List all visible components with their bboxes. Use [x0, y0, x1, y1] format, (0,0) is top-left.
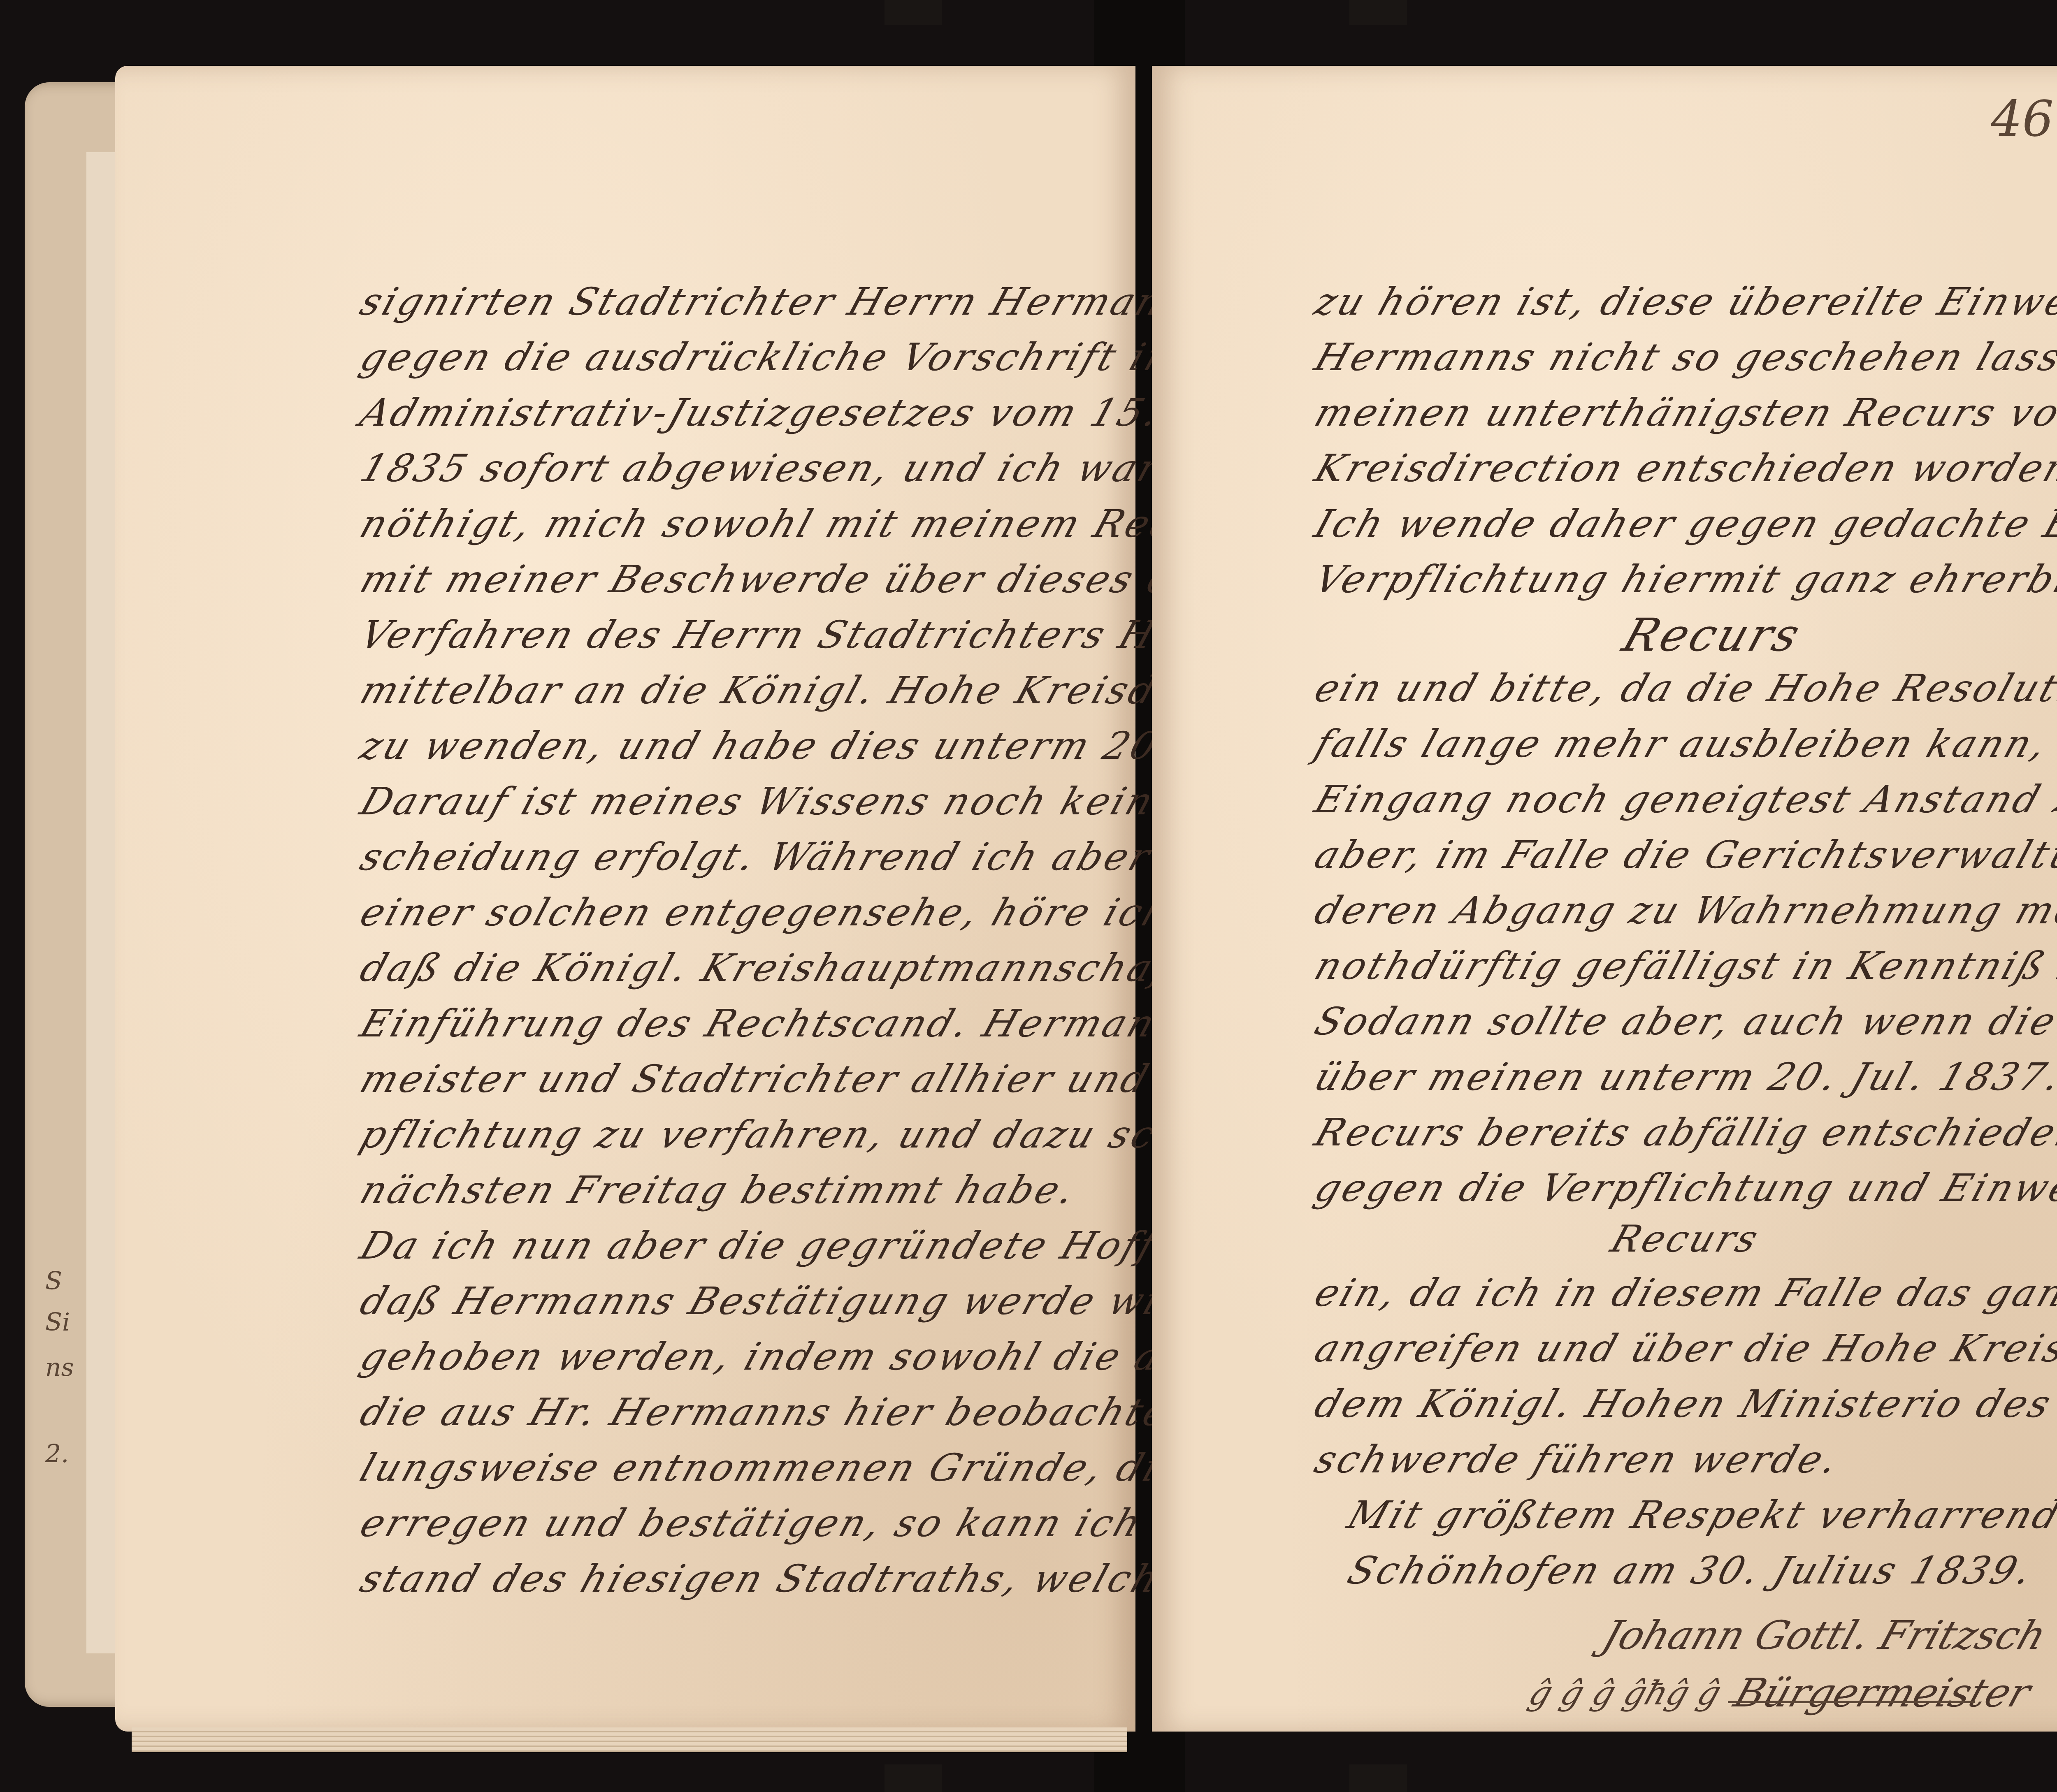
closing-line: Mit größtem Respekt verharrend. — [1342, 1493, 2057, 1537]
place-date-line: Schönhofen am 30. Julius 1839. — [1342, 1549, 2040, 1593]
left-page: S Si ns 2. signirten Stadtrichter Herrn … — [115, 66, 1135, 1732]
text-line: gegen die Verpflichtung und Einweisung H… — [1309, 1166, 2057, 1210]
margin-note: ns — [45, 1353, 74, 1382]
clip-mark — [1349, 0, 1407, 25]
text-line: Hermanns nicht so geschehen lassen, als … — [1309, 335, 2057, 379]
text-line: ein und bitte, da die Hohe Resolution ke… — [1309, 666, 2057, 710]
clip-mark — [1349, 1764, 1407, 1792]
text-line: Verpflichtung hiermit ganz ehrerbietig — [1309, 557, 2057, 601]
text-line: angreifen und über die Hohe Kreisdirecti… — [1309, 1326, 2057, 1370]
margin-note: Si — [45, 1308, 70, 1337]
margin-note: S — [45, 1267, 62, 1296]
text-line: Sodann sollte aber, auch wenn die Hohe K… — [1309, 999, 2057, 1043]
signature-name: Johann Gottl. Fritzsch — [1597, 1612, 2052, 1658]
text-line: zu hören ist, diese übereilte Einweisung… — [1309, 280, 2057, 324]
bottom-fragment-text: ĝ ĝ ĝ ĝħĝ ĝ — [1524, 1674, 1726, 1712]
text-line: meinen unterthänigsten Recurs von der Ho… — [1309, 391, 2057, 435]
text-line: daß die Königl. Kreishauptmannschaft mit — [355, 946, 1280, 990]
heading-recurs: Recurs — [1606, 1217, 1766, 1261]
text-line: dem Königl. Hohen Ministerio des Innern … — [1309, 1382, 2057, 1426]
clip-mark — [885, 0, 942, 25]
text-line: deren Abgang zu Wahrnehmung meiner Recht… — [1309, 888, 2057, 932]
text-line: falls lange mehr ausbleiben kann, bis zu… — [1309, 722, 2057, 766]
text-line: Recurs bereits abfällig entschieden hätt… — [1309, 1110, 2057, 1154]
signature-title: Bürgermeister — [1729, 1670, 2036, 1716]
left-page-edge — [132, 1727, 1127, 1752]
signature-underline — [1728, 1701, 1975, 1703]
folio-number: 46. — [1991, 90, 2057, 148]
text-line: Kreisdirection entschieden worden sein w… — [1309, 446, 2057, 490]
right-page: 46. zu hören ist, diese übereilte Einwei… — [1152, 66, 2057, 1732]
text-line: über meinen unterm 20. Jul. 1837. einger… — [1309, 1055, 2057, 1099]
text-line: ein, da ich in diesem Falle das ganze Ve… — [1309, 1271, 2057, 1315]
text-line: Eingang noch geneigtest Anstand zu nehme… — [1309, 777, 2057, 821]
text-line: Darauf ist meines Wissens noch keine Ent… — [355, 779, 1291, 823]
text-line: Ich wende daher gegen gedachte Einweisun… — [1309, 502, 2057, 546]
text-line: nächsten Freitag bestimmt habe. — [355, 1168, 1083, 1212]
margin-note: 2. — [45, 1440, 69, 1468]
open-book: S Si ns 2. signirten Stadtrichter Herrn … — [25, 58, 2057, 1769]
heading-recurs: Recurs — [1616, 609, 1809, 661]
text-line: schwerde führen werde. — [1309, 1437, 1846, 1481]
text-line: aber, im Falle die Gerichtsverwaltung mi… — [1309, 833, 2057, 877]
text-line: nothdürftig gefälligst in Kenntniß zu se… — [1309, 944, 2057, 988]
clip-mark — [885, 1764, 942, 1792]
